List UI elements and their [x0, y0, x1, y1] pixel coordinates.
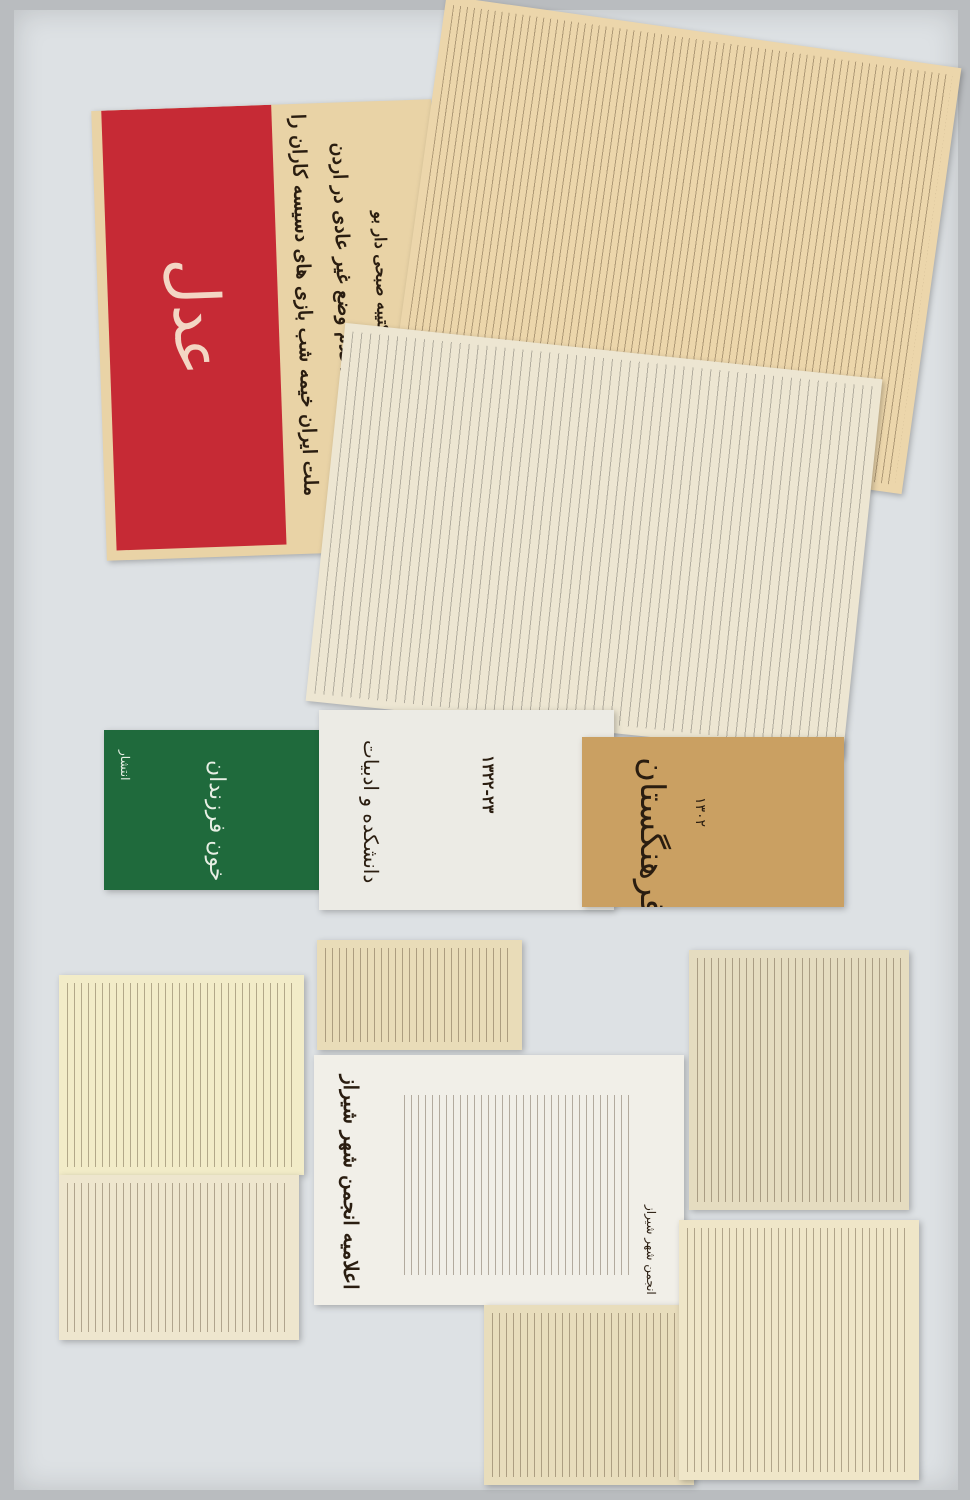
manuscript-letters [679, 1220, 919, 1480]
manuscript-note [59, 1175, 299, 1340]
booklet-farhangestan: فرهنگستان ۱۳۰۲ [582, 737, 844, 907]
manuscript-letters [689, 950, 909, 1210]
ledger-sheet [306, 323, 883, 757]
announcement-title: اعلامیه انجمن شهر شیراز [339, 1075, 363, 1290]
booklet-subtitle: انتشار [118, 750, 132, 780]
manuscript-note [484, 1305, 694, 1485]
announcement: اعلامیه انجمن شهر شیراز انجمن شهر شیراز [314, 1055, 684, 1305]
booklet-green: خون فرزندان انتشار [104, 730, 344, 890]
booklet-title: خون فرزندان [204, 760, 229, 881]
announcement-signature: انجمن شهر شیراز [644, 1205, 658, 1295]
booklet-year: ۱۳۰۲ [692, 797, 708, 827]
manuscript-note [317, 940, 522, 1050]
booklet-title: فرهنگستان [632, 757, 672, 907]
booklet-title: دانشکده و ادبیات [359, 740, 383, 883]
headline: ملت ایران خیمه شب بازی های دسیسه کاران ر… [286, 113, 321, 496]
booklet-white: دانشکده و ادبیات ۱۳۲۲-۲۳ [319, 710, 614, 910]
display-board: عدل ملت ایران خیمه شب بازی های دسیسه کار… [14, 10, 958, 1490]
manuscript-note [59, 975, 304, 1175]
booklet-year: ۱۳۲۲-۲۳ [479, 755, 498, 813]
masthead-title: عدل [156, 256, 234, 377]
